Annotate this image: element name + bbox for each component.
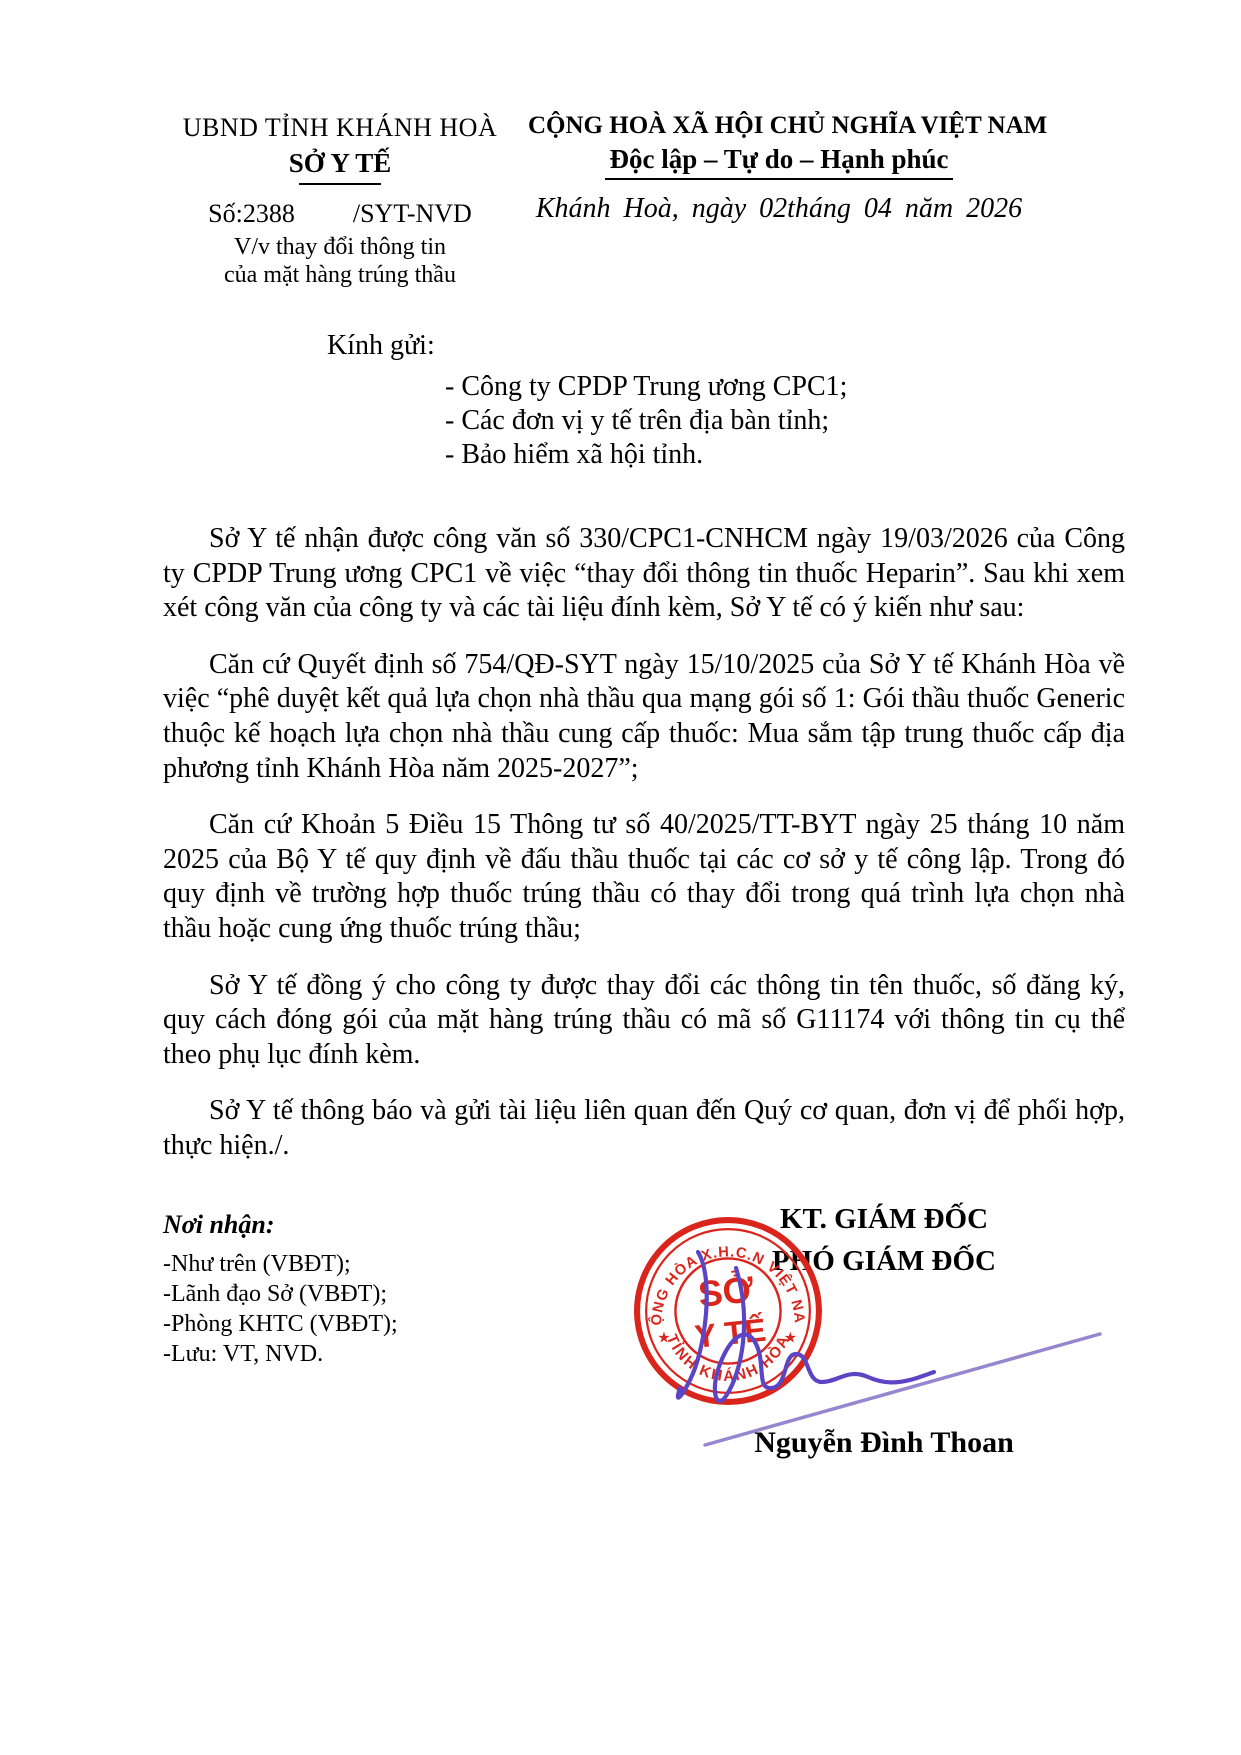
issuing-org-block: UBND TỈNH KHÁNH HOÀ SỞ Y TẾ Số:2388/SYT-… bbox=[140, 112, 540, 289]
recipient-item: - Công ty CPDP Trung ương CPC1; bbox=[445, 370, 847, 404]
subject-line-1: V/v thay đổi thông tin bbox=[140, 233, 540, 261]
recipient-item: - Bảo hiểm xã hội tỉnh. bbox=[445, 438, 847, 472]
document-number-line: Số:2388/SYT-NVD bbox=[140, 198, 540, 230]
distribution-item: -Như trên (VBĐT); bbox=[163, 1249, 398, 1279]
body-paragraph-5: Sở Y tế thông báo và gửi tài liệu liên q… bbox=[163, 1094, 1125, 1163]
document-number: Số:2388 bbox=[208, 199, 295, 228]
org-underline-rule bbox=[299, 183, 381, 185]
distribution-item: -Lưu: VT, NVD. bbox=[163, 1339, 398, 1369]
recipient-item: - Các đơn vị y tế trên địa bàn tỉnh; bbox=[445, 404, 847, 438]
org-name: SỞ Y TẾ bbox=[140, 147, 540, 180]
stamp-center-line-1: SỞ bbox=[696, 1267, 755, 1315]
place-date-line: Khánh Hoà, ngày 02tháng 04 năm 2026 bbox=[528, 193, 1030, 225]
body-paragraph-4: Sở Y tế đồng ý cho công ty được thay đổi… bbox=[163, 969, 1125, 1073]
national-title: CỘNG HOÀ XÃ HỘI CHỦ NGHĨA VIỆT NAM bbox=[528, 112, 1030, 140]
official-red-stamp: CỘNG HÒA X.H.C.N VIỆT NAM TỈNH KHÁNH HÒA… bbox=[632, 1215, 824, 1407]
distribution-list-label: Nơi nhận: bbox=[163, 1210, 398, 1240]
stamp-center-line-2: Y TẾ bbox=[693, 1311, 768, 1355]
subject-line-2: của mặt hàng trúng thầu bbox=[140, 261, 540, 289]
stamp-star-right-icon: ★ bbox=[784, 1329, 798, 1346]
distribution-item: -Lãnh đạo Sở (VBĐT); bbox=[163, 1279, 398, 1309]
recipients-block: Kính gửi: - Công ty CPDP Trung ương CPC1… bbox=[327, 330, 847, 472]
distribution-list-block: Nơi nhận: -Như trên (VBĐT); -Lãnh đạo Sở… bbox=[163, 1210, 398, 1369]
stamp-star-left-icon: ★ bbox=[657, 1329, 671, 1346]
body-paragraph-3: Căn cứ Khoản 5 Điều 15 Thông tư số 40/20… bbox=[163, 808, 1125, 946]
document-subject: V/v thay đổi thông tin của mặt hàng trún… bbox=[140, 233, 540, 289]
document-page: UBND TỈNH KHÁNH HOÀ SỞ Y TẾ Số:2388/SYT-… bbox=[0, 0, 1241, 1755]
parent-org-name: UBND TỈNH KHÁNH HOÀ bbox=[140, 112, 540, 144]
national-header-block: CỘNG HOÀ XÃ HỘI CHỦ NGHĨA VIỆT NAM Độc l… bbox=[528, 112, 1030, 225]
body-paragraph-2: Căn cứ Quyết định số 754/QĐ-SYT ngày 15/… bbox=[163, 648, 1125, 786]
recipients-label: Kính gửi: bbox=[327, 330, 847, 362]
document-number-suffix: /SYT-NVD bbox=[353, 199, 472, 228]
national-motto: Độc lập – Tự do – Hạnh phúc bbox=[605, 144, 952, 180]
body-paragraph-1: Sở Y tế nhận được công văn số 330/CPC1-C… bbox=[163, 522, 1125, 626]
distribution-item: -Phòng KHTC (VBĐT); bbox=[163, 1309, 398, 1339]
signer-name: Nguyễn Đình Thoan bbox=[704, 1426, 1064, 1460]
document-body: Sở Y tế nhận được công văn số 330/CPC1-C… bbox=[163, 522, 1125, 1186]
